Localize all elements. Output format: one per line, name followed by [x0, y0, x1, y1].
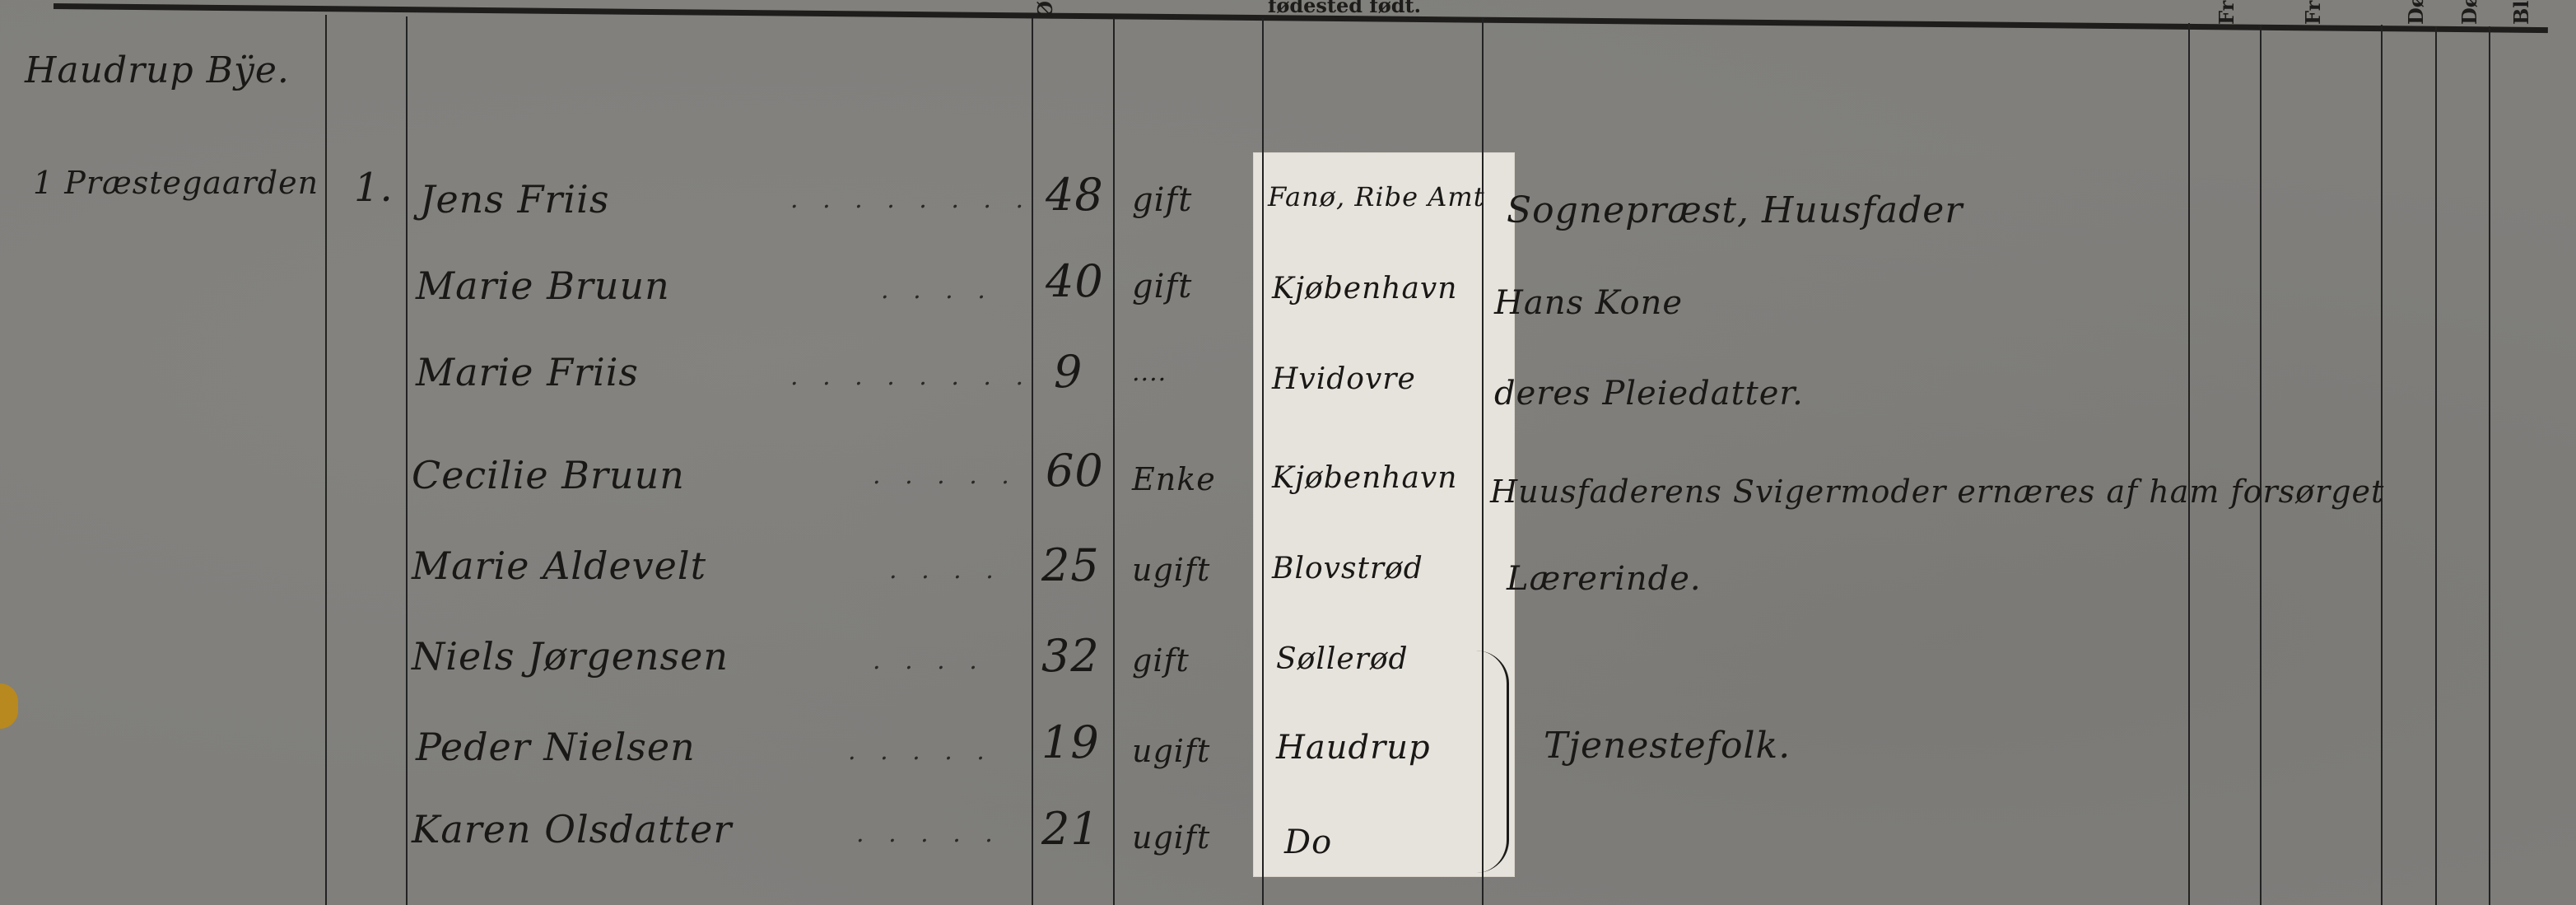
leader-dots: . . . .: [881, 276, 994, 305]
header-right-col-5: Bli: [2509, 0, 2533, 25]
column-rule: [2435, 26, 2437, 905]
person-age: 9: [1054, 346, 1083, 398]
person-marital: ....: [1132, 358, 1167, 387]
header-right-col-1: Fr: [2215, 0, 2238, 25]
column-rule: [2260, 25, 2262, 905]
person-birthplace: Hvidovre: [1272, 362, 1416, 396]
header-right-col-4: Dø: [2457, 0, 2481, 25]
person-marital: gift: [1132, 268, 1192, 306]
person-age: 19: [1041, 716, 1100, 768]
header-right-col-3: Dø: [2404, 0, 2428, 25]
person-birthplace: Haudrup: [1276, 729, 1431, 767]
person-marital: gift: [1132, 642, 1190, 679]
person-age: 32: [1041, 630, 1100, 682]
leader-dots: . . . . .: [856, 819, 1001, 848]
person-birthplace: Kjøbenhavn: [1272, 461, 1457, 495]
header-birthplace: fødested født.: [1268, 0, 1421, 20]
person-name: Marie Bruun: [416, 264, 670, 308]
column-rule: [1262, 18, 1264, 905]
leader-dots: . . . .: [873, 646, 985, 675]
person-position: Sognepræst, Huusfader: [1507, 189, 1963, 231]
column-rule: [2188, 23, 2190, 905]
leader-dots: . . . . . . . .: [790, 362, 1032, 391]
household-number: 1.: [354, 165, 394, 211]
leader-dots: . . . . .: [848, 737, 993, 766]
person-birthplace: Kjøbenhavn: [1272, 272, 1457, 306]
person-marital: Enke: [1132, 461, 1216, 497]
column-rule: [325, 15, 327, 905]
person-name: Jens Friis: [420, 177, 609, 222]
person-name: Marie Friis: [416, 350, 639, 394]
servants-bracket: [1474, 651, 1509, 873]
person-name: Cecilie Bruun: [412, 453, 685, 497]
person-age: 40: [1046, 255, 1104, 307]
person-name: Peder Nielsen: [416, 725, 696, 769]
column-rule: [1113, 18, 1115, 905]
person-birthplace: Do: [1284, 823, 1332, 861]
person-birthplace: Blovstrød: [1272, 552, 1423, 585]
household-label: 1 Præstegaarden: [33, 165, 319, 201]
leader-dots: . . . . .: [873, 461, 1018, 490]
person-age: 21: [1041, 803, 1100, 855]
person-position: Huusfaderens Svigermoder ernæres af ham …: [1490, 473, 2384, 510]
person-age: 60: [1046, 445, 1104, 497]
column-rule: [2489, 26, 2490, 905]
leader-dots: . . . .: [889, 556, 1002, 585]
person-birthplace: Søllerød: [1276, 642, 1409, 676]
person-name: Marie Aldevelt: [412, 543, 706, 588]
person-marital: gift: [1132, 181, 1192, 219]
person-name: Karen Olsdatter: [412, 807, 732, 851]
person-age: 25: [1041, 539, 1100, 591]
column-rule: [406, 16, 408, 905]
person-name: Niels Jørgensen: [412, 634, 729, 679]
person-position: Lærerinde.: [1507, 560, 1702, 598]
person-marital: ugift: [1132, 733, 1210, 769]
column-rule: [1032, 18, 1033, 905]
place-name: Haudrup Bÿe.: [25, 49, 290, 91]
column-rule: [2381, 25, 2383, 905]
person-marital: ugift: [1132, 819, 1210, 856]
person-marital: ugift: [1132, 552, 1210, 588]
person-position: Tjenestefolk.: [1544, 725, 1791, 767]
person-birthplace: Fanø, Ribe Amt: [1268, 181, 1485, 212]
person-position: deres Pleiedatter.: [1494, 375, 1804, 413]
header-right-col-2: Fr Id: [2301, 0, 2325, 25]
header-col-age-abbrev: Ø: [1033, 0, 1058, 18]
person-age: 48: [1046, 169, 1104, 221]
person-position: Hans Kone: [1494, 284, 1683, 322]
leader-dots: . . . . . . . .: [790, 185, 1032, 214]
